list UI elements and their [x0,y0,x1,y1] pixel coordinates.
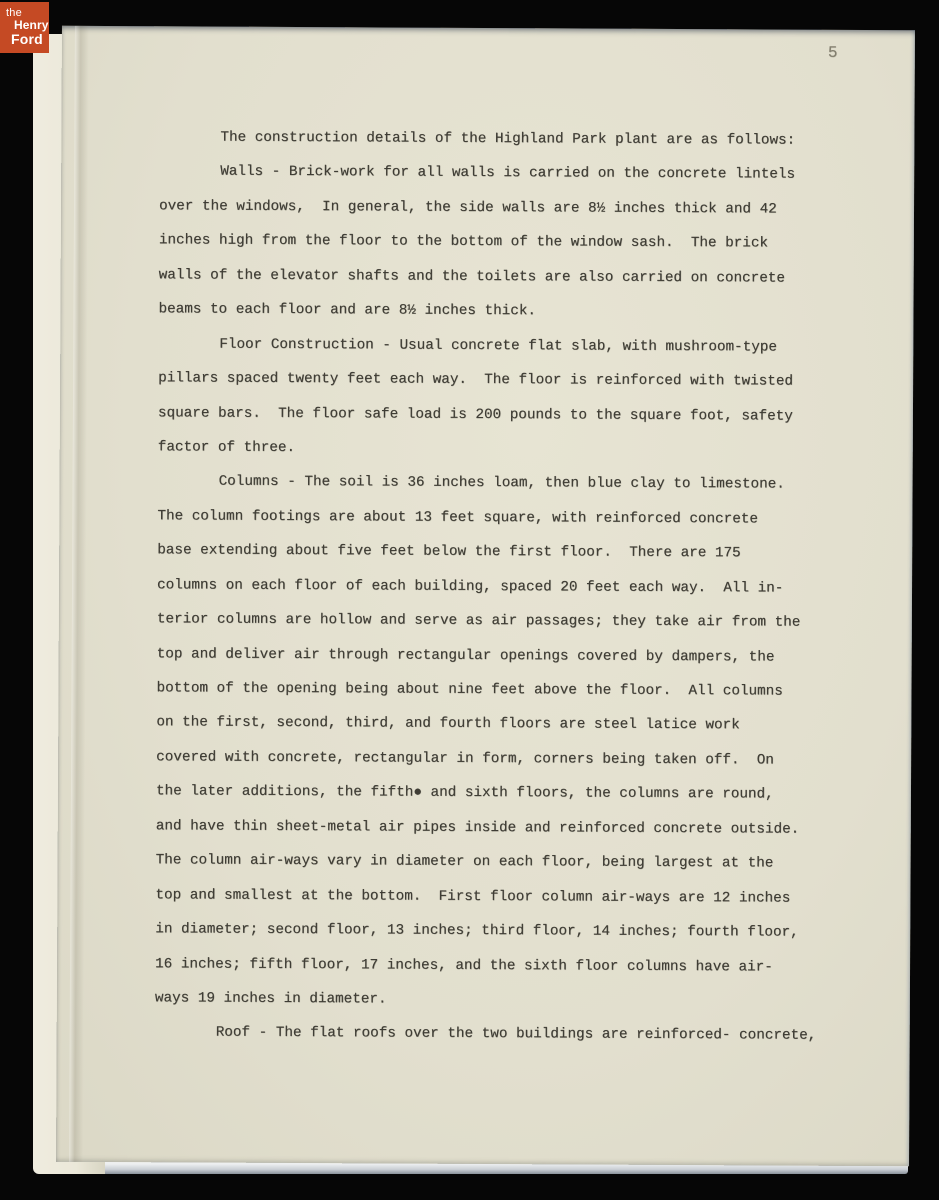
text-line: pillars spaced twenty feet each way. The… [158,361,820,399]
text-line: and have thin sheet-metal air pipes insi… [156,809,818,847]
text-line: walls of the elevator shafts and the toi… [159,258,821,296]
text-line: base extending about five feet below the… [157,534,819,572]
text-line: The column air-ways vary in diameter on … [156,843,818,881]
text-line: over the windows, In general, the side w… [159,189,821,227]
logo-word-henry: Henry [14,18,49,32]
text-line: terior columns are hollow and serve as a… [157,602,819,640]
text-line: square bars. The floor safe load is 200 … [158,396,820,434]
scanned-page-view: 5 The construction details of the Highla… [0,0,939,1200]
text-line: in diameter; second floor, 13 inches; th… [155,912,817,950]
text-line: top and smallest at the bottom. First fl… [155,878,817,916]
text-line: factor of three. [158,430,820,468]
text-line: The construction details of the Highland… [159,120,821,158]
typewritten-text-block: The construction details of the Highland… [155,120,821,1053]
text-line: top and deliver air through rectangular … [157,637,819,675]
text-line: Columns - The soil is 36 inches loam, th… [158,465,820,503]
text-line: covered with concrete, rectangular in fo… [156,740,818,778]
text-line: The column footings are about 13 feet sq… [157,499,819,537]
text-line: Floor Construction - Usual concrete flat… [158,327,820,365]
text-line: Walls - Brick-work for all walls is carr… [159,155,821,193]
text-line: beams to each floor and are 8½ inches th… [158,292,820,330]
text-line: bottom of the opening being about nine f… [156,671,818,709]
text-line: the later additions, the fifth● and sixt… [156,775,818,813]
document-page: 5 The construction details of the Highla… [56,26,915,1166]
page-number: 5 [828,44,838,62]
text-line: on the first, second, third, and fourth … [156,706,818,744]
text-line: inches high from the floor to the bottom… [159,224,821,262]
text-line: Roof - The flat roofs over the two build… [155,1016,817,1054]
text-line: ways 19 inches in diameter. [155,981,817,1019]
text-line: 16 inches; fifth floor, 17 inches, and t… [155,947,817,985]
henry-ford-logo: the Henry Ford [0,2,49,53]
text-line: columns on each floor of each building, … [157,568,819,606]
logo-word-ford: Ford [11,31,43,47]
